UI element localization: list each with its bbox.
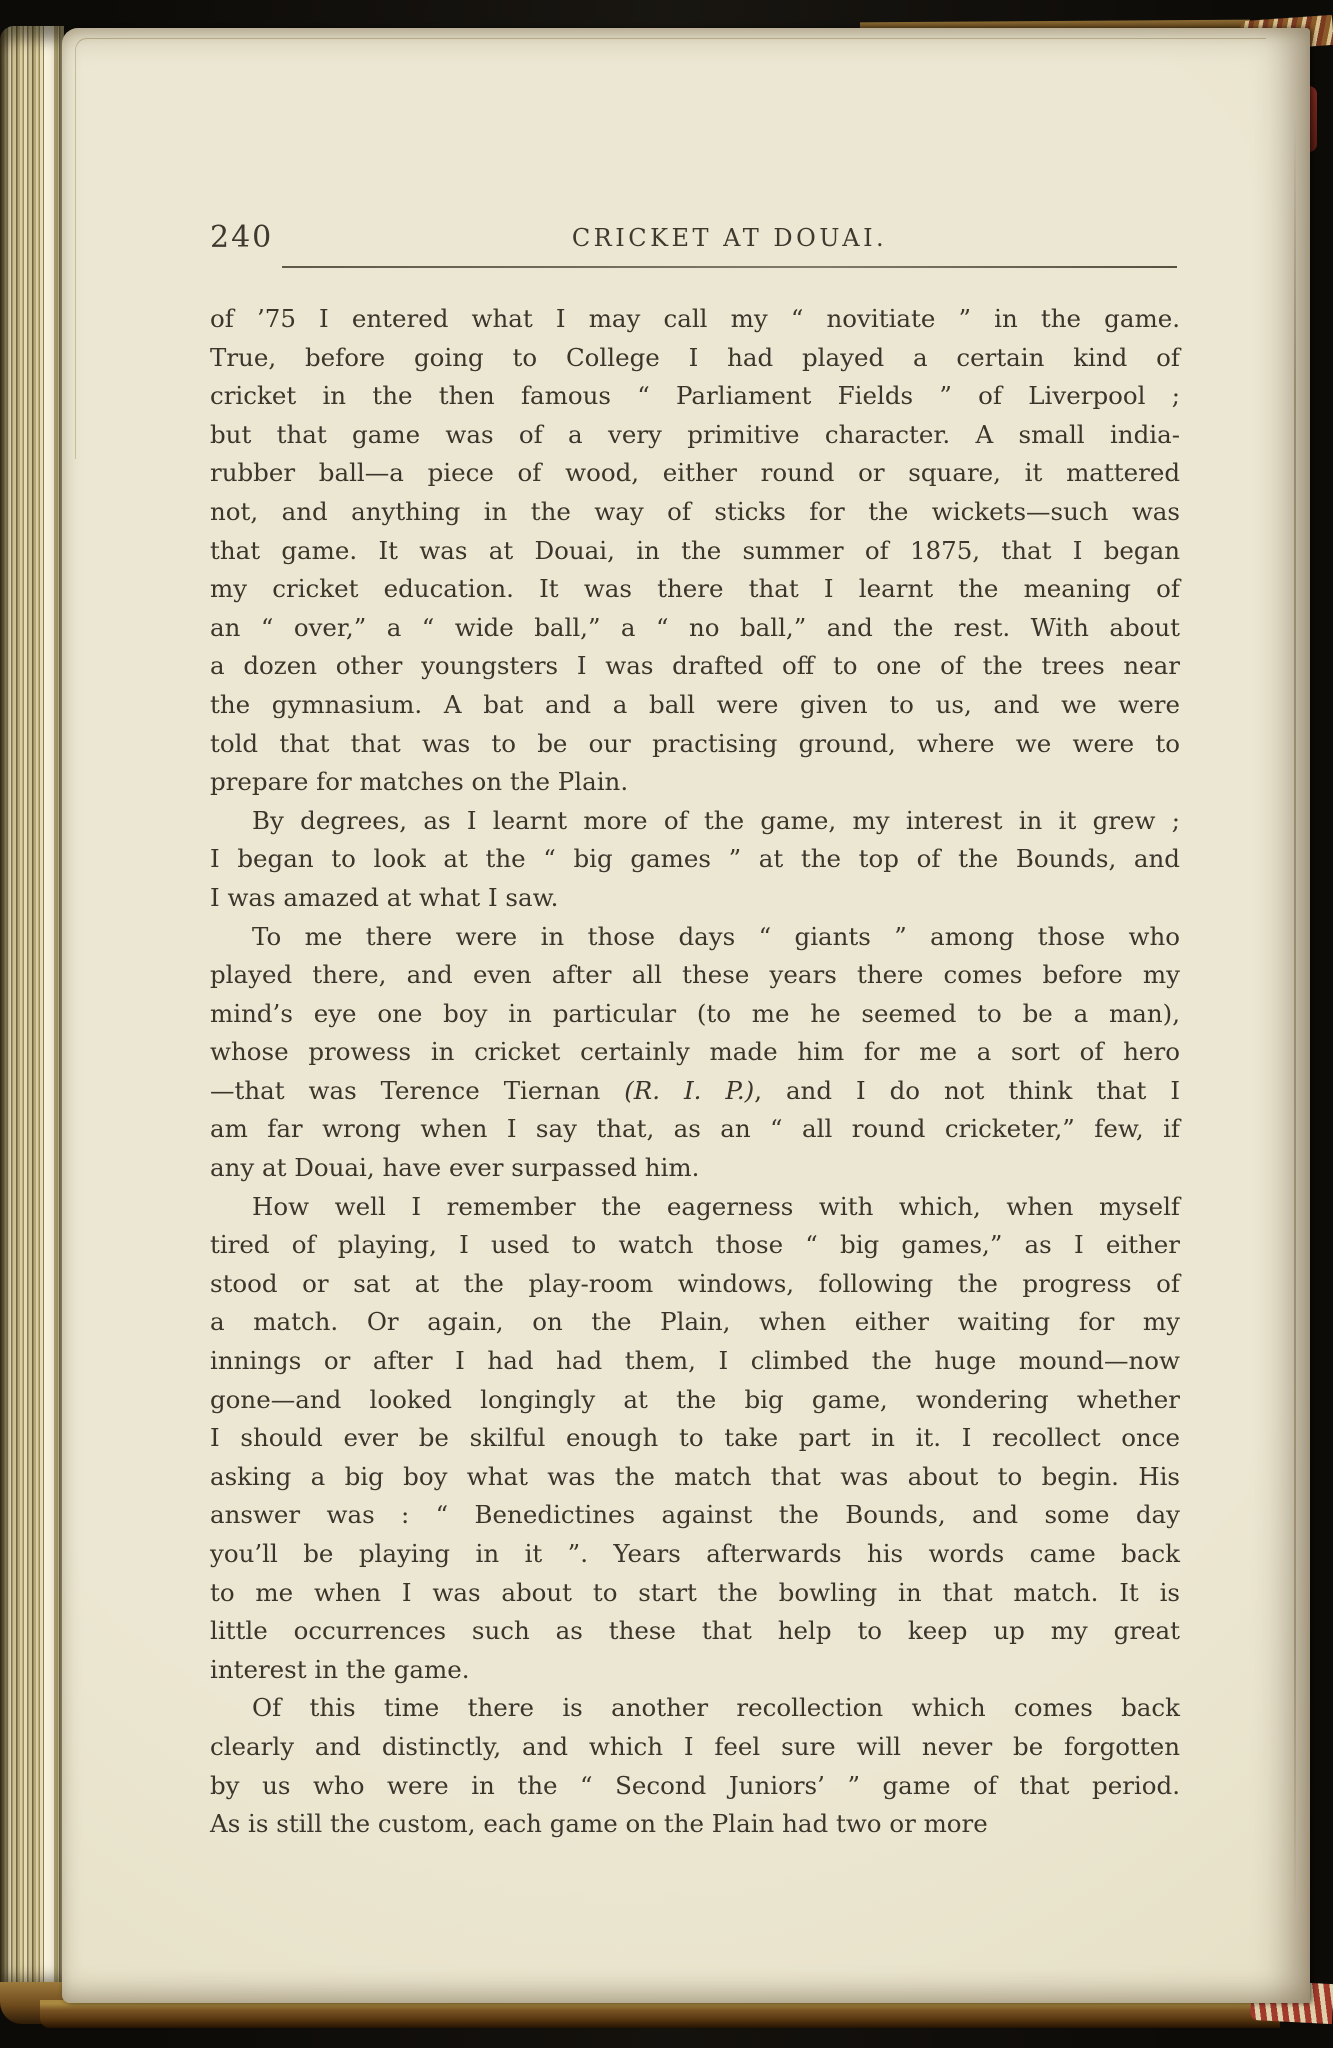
running-title: CRICKET AT DOUAI. [282, 224, 1177, 252]
text-line: —that was Terence Tiernan (R. I. P.), an… [210, 1072, 1180, 1111]
text-line: the gymnasium. A bat and a ball were giv… [210, 686, 1180, 725]
text-line: whose prowess in cricket certainly made … [210, 1033, 1180, 1072]
text-line: interest in the game. [210, 1651, 1180, 1690]
page-crease [1294, 118, 1296, 1918]
page-header: 240 CRICKET AT DOUAI. [210, 220, 1180, 262]
text-line: innings or after I had had them, I climb… [210, 1342, 1180, 1381]
text-line: a dozen other youngsters I was drafted o… [210, 647, 1180, 686]
paragraph: Of this time there is another recollecti… [210, 1689, 1180, 1843]
italic-text: (R. I. P.) [624, 1076, 754, 1105]
text-line: am far wrong when I say that, as an “ al… [210, 1110, 1180, 1149]
text-line: stood or sat at the play-room windows, f… [210, 1265, 1180, 1304]
paragraph: How well I remember the eagerness with w… [210, 1188, 1180, 1690]
text-line: To me there were in those days “ giants … [210, 918, 1180, 957]
paragraph: By degrees, as I learnt more of the game… [210, 802, 1180, 918]
page-number: 240 [210, 220, 273, 255]
text-line: but that game was of a very primitive ch… [210, 416, 1180, 455]
text-line: an “ over,” a “ wide ball,” a “ no ball,… [210, 609, 1180, 648]
text-line: played there, and even after all these y… [210, 956, 1180, 995]
text-line: I was amazed at what I saw. [210, 879, 1180, 918]
text-segment: —that was Terence Tiernan [210, 1076, 624, 1105]
text-line: by us who were in the “ Second Juniors’ … [210, 1767, 1180, 1806]
text-line: Of this time there is another recollecti… [210, 1689, 1180, 1728]
text-line: True, before going to College I had play… [210, 339, 1180, 378]
text-line: mind’s eye one boy in particular (to me … [210, 995, 1180, 1034]
book-page-edges-stack [0, 26, 64, 1992]
text-line: a match. Or again, on the Plain, when ei… [210, 1303, 1180, 1342]
header-rule [282, 266, 1177, 268]
text-line: not, and anything in the way of sticks f… [210, 493, 1180, 532]
text-line: gone—and looked longingly at the big gam… [210, 1381, 1180, 1420]
paragraph: of ’75 I entered what I may call my “ no… [210, 300, 1180, 802]
text-line: How well I remember the eagerness with w… [210, 1188, 1180, 1227]
text-line: clearly and distinctly, and which I feel… [210, 1728, 1180, 1767]
text-line: any at Douai, have ever surpassed him. [210, 1149, 1180, 1188]
text-line: of ’75 I entered what I may call my “ no… [210, 300, 1180, 339]
text-line: cricket in the then famous “ Parliament … [210, 377, 1180, 416]
text-segment: , and I do not think that I [754, 1076, 1180, 1105]
scanned-book-photo: { "page": { "number": "240", "running_ti… [0, 0, 1333, 2048]
text-line: tired of playing, I used to watch those … [210, 1226, 1180, 1265]
text-line: rubber ball—a piece of wood, either roun… [210, 454, 1180, 493]
text-line: asking a big boy what was the match that… [210, 1458, 1180, 1497]
book-cover-bottom-edge [40, 2000, 1280, 2028]
text-column: of ’75 I entered what I may call my “ no… [210, 300, 1180, 1844]
text-line: told that that was to be our practising … [210, 725, 1180, 764]
text-line: to me when I was about to start the bowl… [210, 1574, 1180, 1613]
text-line: As is still the custom, each game on the… [210, 1805, 1180, 1844]
text-line: my cricket education. It was there that … [210, 570, 1180, 609]
text-line: answer was : “ Benedictines against the … [210, 1496, 1180, 1535]
text-line: I began to look at the “ big games ” at … [210, 840, 1180, 879]
text-line: I should ever be skilful enough to take … [210, 1419, 1180, 1458]
book-page: 240 CRICKET AT DOUAI. of ’75 I entered w… [62, 28, 1310, 2003]
text-line: little occurrences such as these that he… [210, 1612, 1180, 1651]
paragraph: To me there were in those days “ giants … [210, 918, 1180, 1188]
text-line: By degrees, as I learnt more of the game… [210, 802, 1180, 841]
text-line: you’ll be playing in it ”. Years afterwa… [210, 1535, 1180, 1574]
text-line: prepare for matches on the Plain. [210, 763, 1180, 802]
text-line: that game. It was at Douai, in the summe… [210, 532, 1180, 571]
